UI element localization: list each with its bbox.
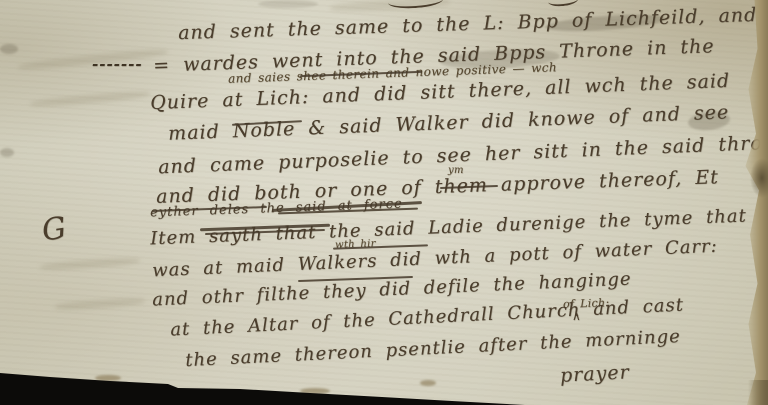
tear-stain	[95, 375, 121, 381]
bottom-right-edge-shadow	[748, 380, 768, 405]
cutoff-stroke-fragment	[548, 0, 579, 8]
ink-smudge	[258, 0, 318, 8]
show-through-mark	[30, 90, 150, 108]
marginal-gathering-mark: G	[40, 210, 70, 248]
torn-page-right-edge	[738, 0, 768, 405]
ink-smudge	[0, 148, 14, 157]
show-through-mark	[55, 297, 145, 311]
manuscript-page: ------- G ∧ and sent the same to the L: …	[0, 0, 768, 405]
tear-stain	[420, 380, 436, 386]
show-through-mark	[40, 257, 140, 272]
interlinear-insertion: ym	[448, 165, 464, 176]
ink-smudge	[0, 44, 18, 54]
marginal-dotted-leader: -------	[92, 55, 143, 73]
manuscript-line: prayer	[559, 361, 630, 387]
edge-notch-shadow	[750, 158, 768, 198]
